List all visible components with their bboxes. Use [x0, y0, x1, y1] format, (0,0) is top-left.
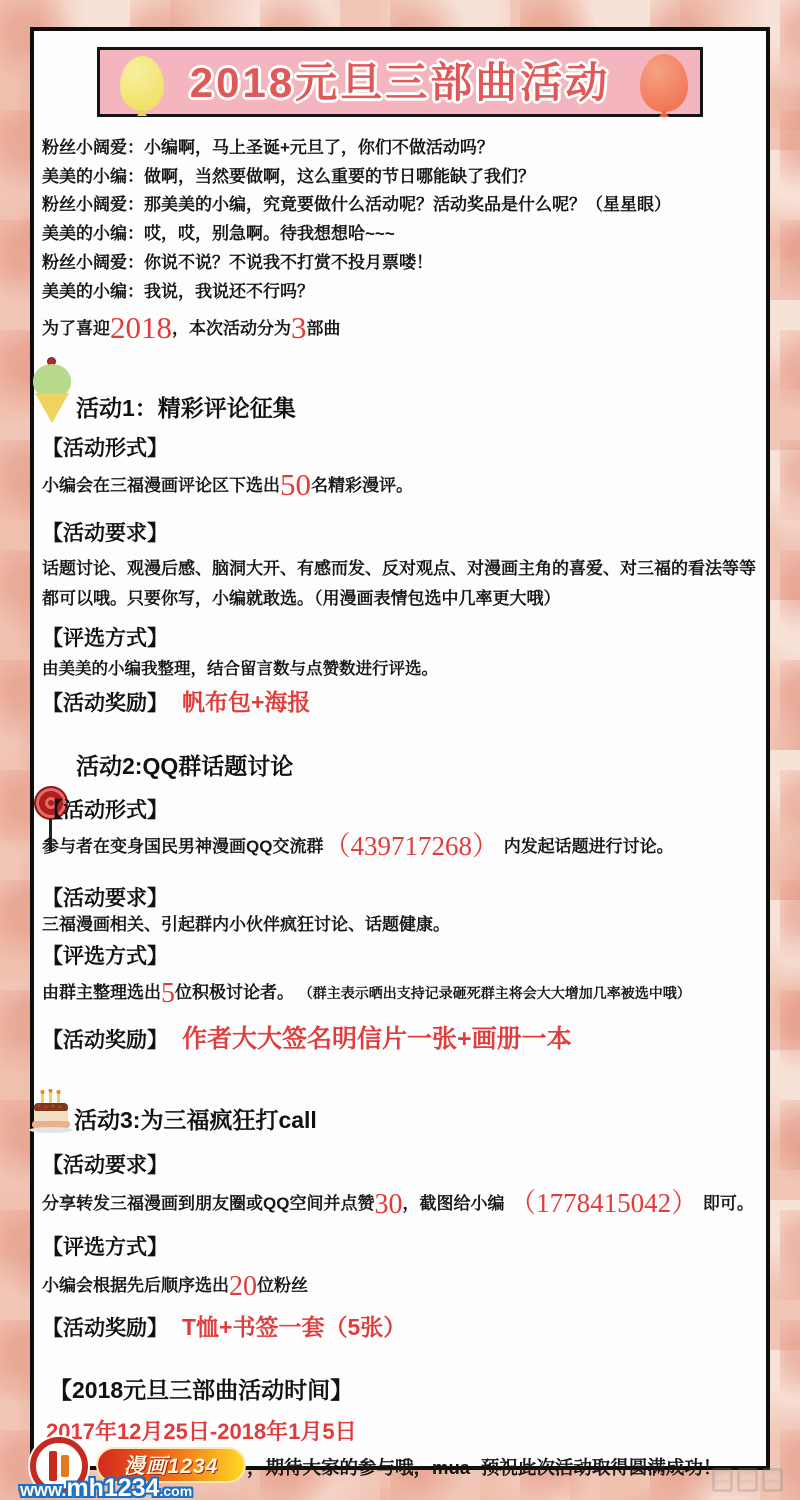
activity1-eval-text: 由美美的小编我整理，结合留言数与点赞数进行评选。	[42, 655, 438, 679]
activity2-reward: 作者大大签名明信片一张+画册一本	[182, 1025, 572, 1053]
qq-group-number: （439717268）	[323, 831, 499, 861]
text-segment: 位积极讨论者。	[175, 983, 294, 1002]
activity1-reward-label: 【活动奖励】	[42, 687, 168, 717]
dialogue-line: 美美的小编：做啊，当然要做啊，这么重要的节日哪能缺了我们？	[42, 163, 766, 192]
dialogue-line: 美美的小编：哎，哎，别急啊。待我想想哈~~~	[42, 220, 766, 249]
content-panel: 2018元旦三部曲活动 粉丝小阔爱：小编啊，马上圣诞+元旦了，你们不做活动吗？ …	[30, 27, 770, 1470]
winner-count: 20	[229, 1271, 257, 1302]
activity1-req-text: 话题讨论、观漫后感、脑洞大开、有感而发、反对观点、对漫画主角的喜爱、对三福的看法…	[42, 554, 772, 614]
activity1-req-label: 【活动要求】	[42, 517, 168, 547]
title-banner: 2018元旦三部曲活动	[97, 47, 703, 117]
activity2-form-text: 参与者在变身国民男神漫画QQ交流群（439717268） 内发起话题进行讨论。	[42, 832, 674, 857]
text-segment: 名精彩漫评。	[311, 476, 413, 495]
page-title: 2018元旦三部曲活动	[100, 50, 700, 114]
activity3-eval-text: 小编会根据先后顺序选出20位粉丝	[42, 1271, 308, 1296]
text-segment: ，截图给小编	[402, 1194, 504, 1213]
text-segment: 小编会在三福漫画评论区下选出	[42, 476, 280, 495]
activity3-eval-label: 【评选方式】	[42, 1231, 168, 1261]
text-segment: 位粉丝	[257, 1276, 308, 1295]
activity3-req-text: 分享转发三福漫画到朋友圈或QQ空间并点赞30，截图给小编 （1778415042…	[42, 1189, 754, 1214]
activity1-title: 活动1：精彩评论征集	[76, 390, 296, 423]
activity3-req-label: 【活动要求】	[42, 1149, 168, 1179]
like-count: 30	[374, 1189, 402, 1220]
activity2-eval-label: 【评选方式】	[42, 940, 168, 970]
intro-text: ，本次活动分为	[172, 319, 291, 338]
winner-count: 50	[280, 467, 311, 502]
text-segment: 内发起话题进行讨论。	[504, 837, 674, 856]
schedule-dates: 2017年12月25日-2018年1月5日	[46, 1415, 357, 1446]
closing-line: ，期待大家的参与哦，mua~预祝此次活动取得圆满成功！	[247, 1454, 721, 1480]
cake-icon	[28, 1089, 74, 1133]
text-segment: 参与者在变身国民男神漫画QQ交流群	[42, 837, 323, 856]
eval-note: （群主表示晒出支持记录砸死群主将会大大增加几率被选中哦）	[299, 985, 691, 1001]
text-segment: 小编会根据先后顺序选出	[42, 1276, 229, 1295]
balloon-icon	[640, 54, 688, 117]
activity3-reward: T恤+书签一套（5张）	[182, 1314, 406, 1340]
dialogue-block: 粉丝小阔爱：小编啊，马上圣诞+元旦了，你们不做活动吗？ 美美的小编：做啊，当然要…	[42, 134, 766, 306]
activity1-reward-line: 【活动奖励】帆布包+海报	[42, 684, 310, 717]
intro-text: 部曲	[307, 319, 341, 338]
activity-poster: 2018元旦三部曲活动 粉丝小阔爱：小编啊，马上圣诞+元旦了，你们不做活动吗？ …	[0, 0, 800, 1500]
activity1-reward: 帆布包+海报	[182, 689, 310, 715]
dialogue-line: 粉丝小阔爱：那美美的小编，究竟要做什么活动呢？活动奖品是什么呢？（星星眼）	[42, 191, 766, 220]
activity1-eval-label: 【评选方式】	[42, 622, 168, 652]
activity2-reward-line: 【活动奖励】作者大大签名明信片一张+画册一本	[42, 1019, 572, 1055]
activity2-title: 活动2:QQ群话题讨论	[76, 748, 293, 781]
intro-count: 3	[291, 310, 307, 345]
url-www: www.	[20, 1480, 66, 1500]
activity1-form-label: 【活动形式】	[42, 432, 168, 462]
intro-text: 为了喜迎	[42, 319, 110, 338]
activity2-req-text: 三福漫画相关、引起群内小伙伴疯狂讨论、话题健康。	[42, 910, 450, 935]
faded-watermark	[712, 1468, 783, 1492]
activity2-reward-label: 【活动奖励】	[42, 1024, 168, 1054]
activity3-reward-label: 【活动奖励】	[42, 1312, 168, 1342]
dialogue-line: 粉丝小阔爱：小编啊，马上圣诞+元旦了，你们不做活动吗？	[42, 134, 766, 163]
activity2-eval-text: 由群主整理选出5位积极讨论者。 （群主表示晒出支持记录砸死群主将会大大增加几率被…	[42, 978, 691, 1003]
url-tld: .com	[159, 1483, 192, 1499]
intro-year: 2018	[110, 310, 172, 345]
dialogue-line: 美美的小编：我说，我说还不行吗？	[42, 278, 766, 307]
text-segment: 由群主整理选出	[42, 983, 161, 1002]
editor-qq-number: （1778415042）	[509, 1188, 698, 1218]
activity3-reward-line: 【活动奖励】T恤+书签一套（5张）	[42, 1309, 406, 1342]
dialogue-line: 粉丝小阔爱：你说不说？不说我不打赏不投月票喽！	[42, 249, 766, 278]
activity2-req-label: 【活动要求】	[42, 882, 168, 912]
intro-line: 为了喜迎2018，本次活动分为3部曲	[42, 314, 341, 339]
text-segment: 即可。	[703, 1194, 754, 1213]
url-main: mh1234	[66, 1474, 159, 1500]
schedule-header: 【2018元旦三部曲活动时间】	[49, 1372, 353, 1405]
activity1-form-text: 小编会在三福漫画评论区下选出50名精彩漫评。	[42, 471, 413, 496]
activity2-form-label: 【活动形式】	[42, 794, 168, 824]
ice-cream-icon	[30, 357, 74, 423]
site-url-link[interactable]: www.mh1234.com	[20, 1474, 192, 1500]
activity3-title: 活动3:为三福疯狂打call	[74, 1102, 317, 1135]
text-segment: 分享转发三福漫画到朋友圈或QQ空间并点赞	[42, 1194, 374, 1213]
winner-count: 5	[161, 978, 175, 1009]
